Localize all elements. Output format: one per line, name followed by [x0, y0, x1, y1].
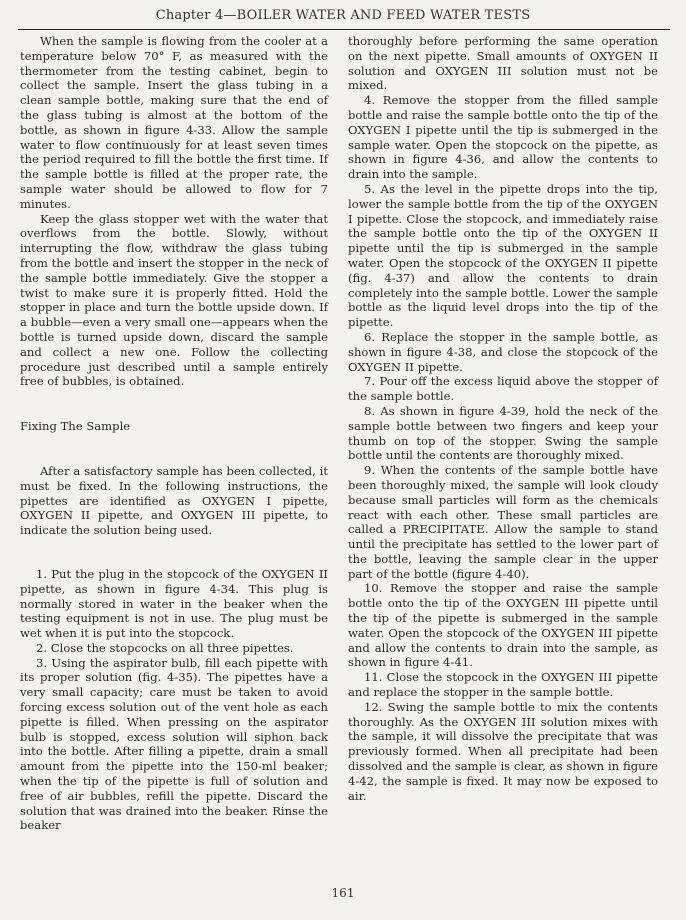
page-number: 161 [0, 886, 686, 900]
step-9: 9. When the contents of the sample bottl… [348, 463, 658, 581]
paragraph-stopper: Keep the glass stopper wet with the wate… [20, 212, 328, 390]
step-6: 6. Replace the stopper in the sample bot… [348, 330, 658, 374]
step-3: 3. Using the aspirator bulb, fill each p… [20, 656, 328, 834]
step-5: 5. As the level in the pipette drops int… [348, 182, 658, 330]
step-8: 8. As shown in figure 4-39, hold the nec… [348, 404, 658, 463]
right-column: thoroughly before performing the same op… [348, 34, 658, 803]
step-11: 11. Close the stopcock in the OXYGEN III… [348, 670, 658, 700]
step-4: 4. Remove the stopper from the filled sa… [348, 93, 658, 182]
section-heading: Fixing The Sample [20, 419, 328, 434]
paragraph-collect-sample: When the sample is flowing from the cool… [20, 34, 328, 212]
step-10: 10. Remove the stopper and raise the sam… [348, 581, 658, 670]
step-2: 2. Close the stopcocks on all three pipe… [20, 641, 328, 656]
step-1: 1. Put the plug in the stopcock of the O… [20, 567, 328, 641]
step-7: 7. Pour off the excess liquid above the … [348, 374, 658, 404]
step-3-continued: thoroughly before performing the same op… [348, 34, 658, 93]
left-column: When the sample is flowing from the cool… [20, 34, 328, 833]
header-rule [18, 29, 670, 30]
running-header: Chapter 4—BOILER WATER AND FEED WATER TE… [0, 8, 686, 23]
step-12: 12. Swing the sample bottle to mix the c… [348, 700, 658, 804]
paragraph-intro: After a satisfactory sample has been col… [20, 464, 328, 538]
